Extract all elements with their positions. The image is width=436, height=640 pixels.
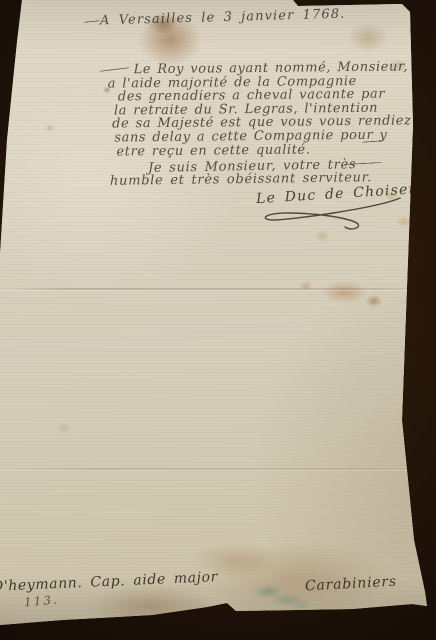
fold-crease (0, 288, 436, 290)
ink-dash (84, 20, 100, 23)
dateline: A Versailles le 3 janvier 1768. (100, 7, 346, 29)
annotation-regiment: Carabiniers (305, 574, 398, 595)
photograph-background: A Versailles le 3 janvier 1768. Le Roy v… (0, 0, 436, 640)
letter-paper: A Versailles le 3 janvier 1768. Le Roy v… (0, 0, 436, 640)
archive-number: 113. (23, 593, 59, 610)
fold-crease (0, 468, 436, 470)
body-line: etre reçu en cette qualité. (116, 142, 411, 159)
letter-body: Le Roy vous ayant nommé, Monsieur, a l'a… (100, 60, 412, 158)
annotation-name: D'heymann. Cap. aide major (0, 569, 218, 595)
